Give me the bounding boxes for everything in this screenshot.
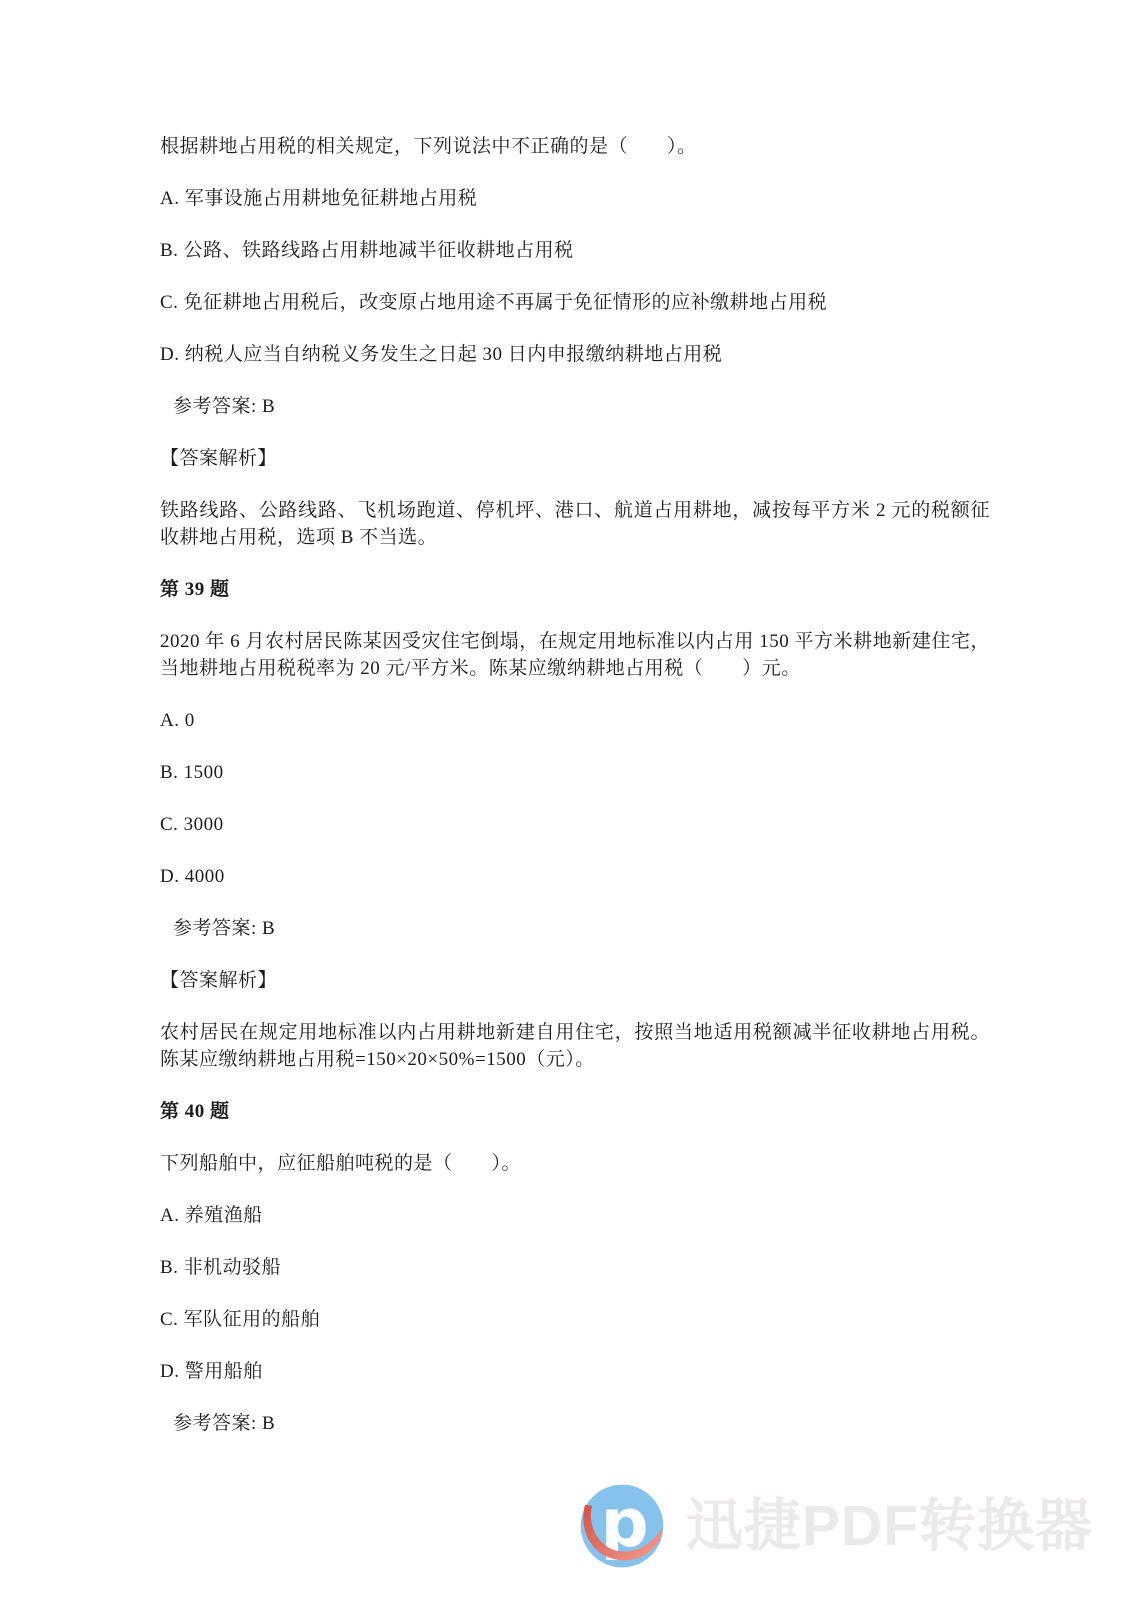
question-40: 第 40 题 下列船舶中，应征船舶吨税的是（ ）。 A. 养殖渔船 B. 非机动… [160, 1098, 990, 1437]
question-38: 根据耕地占用税的相关规定，下列说法中不正确的是（ ）。 A. 军事设施占用耕地免… [160, 133, 990, 551]
analysis-text: 铁路线路、公路线路、飞机场跑道、停机坪、港口、航道占用耕地，减按每平方米 2 元… [160, 497, 990, 551]
document-page: 根据耕地占用税的相关规定，下列说法中不正确的是（ ）。 A. 军事设施占用耕地免… [0, 0, 1131, 1600]
watermark: p 迅捷PDF转换器 [578, 1482, 1093, 1570]
option-a: A. 0 [160, 707, 990, 734]
option-b: B. 非机动驳船 [160, 1254, 990, 1281]
option-d: D. 纳税人应当自纳税义务发生之日起 30 日内申报缴纳耕地占用税 [160, 341, 990, 368]
option-a: A. 养殖渔船 [160, 1202, 990, 1229]
option-d: D. 警用船舶 [160, 1358, 990, 1385]
option-b: B. 公路、铁路线路占用耕地减半征收耕地占用税 [160, 237, 990, 264]
option-b: B. 1500 [160, 759, 990, 786]
question-number: 第 39 题 [160, 576, 990, 603]
question-stem: 下列船舶中，应征船舶吨税的是（ ）。 [160, 1150, 990, 1177]
pdf-converter-logo-icon: p [578, 1482, 666, 1570]
analysis-header: 【答案解析】 [160, 967, 990, 994]
question-stem: 根据耕地占用税的相关规定，下列说法中不正确的是（ ）。 [160, 133, 990, 160]
question-stem: 2020 年 6 月农村居民陈某因受灾住宅倒塌，在规定用地标准以内占用 150 … [160, 628, 990, 682]
reference-answer: 参考答案: B [160, 393, 990, 420]
watermark-text: 迅捷PDF转换器 [686, 1482, 1093, 1570]
question-39: 第 39 题 2020 年 6 月农村居民陈某因受灾住宅倒塌，在规定用地标准以内… [160, 576, 990, 1073]
option-c: C. 免征耕地占用税后，改变原占地用途不再属于免征情形的应补缴耕地占用税 [160, 289, 990, 316]
analysis-header: 【答案解析】 [160, 445, 990, 472]
option-a: A. 军事设施占用耕地免征耕地占用税 [160, 185, 990, 212]
reference-answer: 参考答案: B [160, 915, 990, 942]
option-c: C. 3000 [160, 811, 990, 838]
option-d: D. 4000 [160, 863, 990, 890]
question-list: 根据耕地占用税的相关规定，下列说法中不正确的是（ ）。 A. 军事设施占用耕地免… [0, 0, 1131, 1437]
analysis-text: 农村居民在规定用地标准以内占用耕地新建自用住宅，按照当地适用税额减半征收耕地占用… [160, 1019, 990, 1073]
question-number: 第 40 题 [160, 1098, 990, 1125]
reference-answer: 参考答案: B [160, 1410, 990, 1437]
option-c: C. 军队征用的船舶 [160, 1306, 990, 1333]
